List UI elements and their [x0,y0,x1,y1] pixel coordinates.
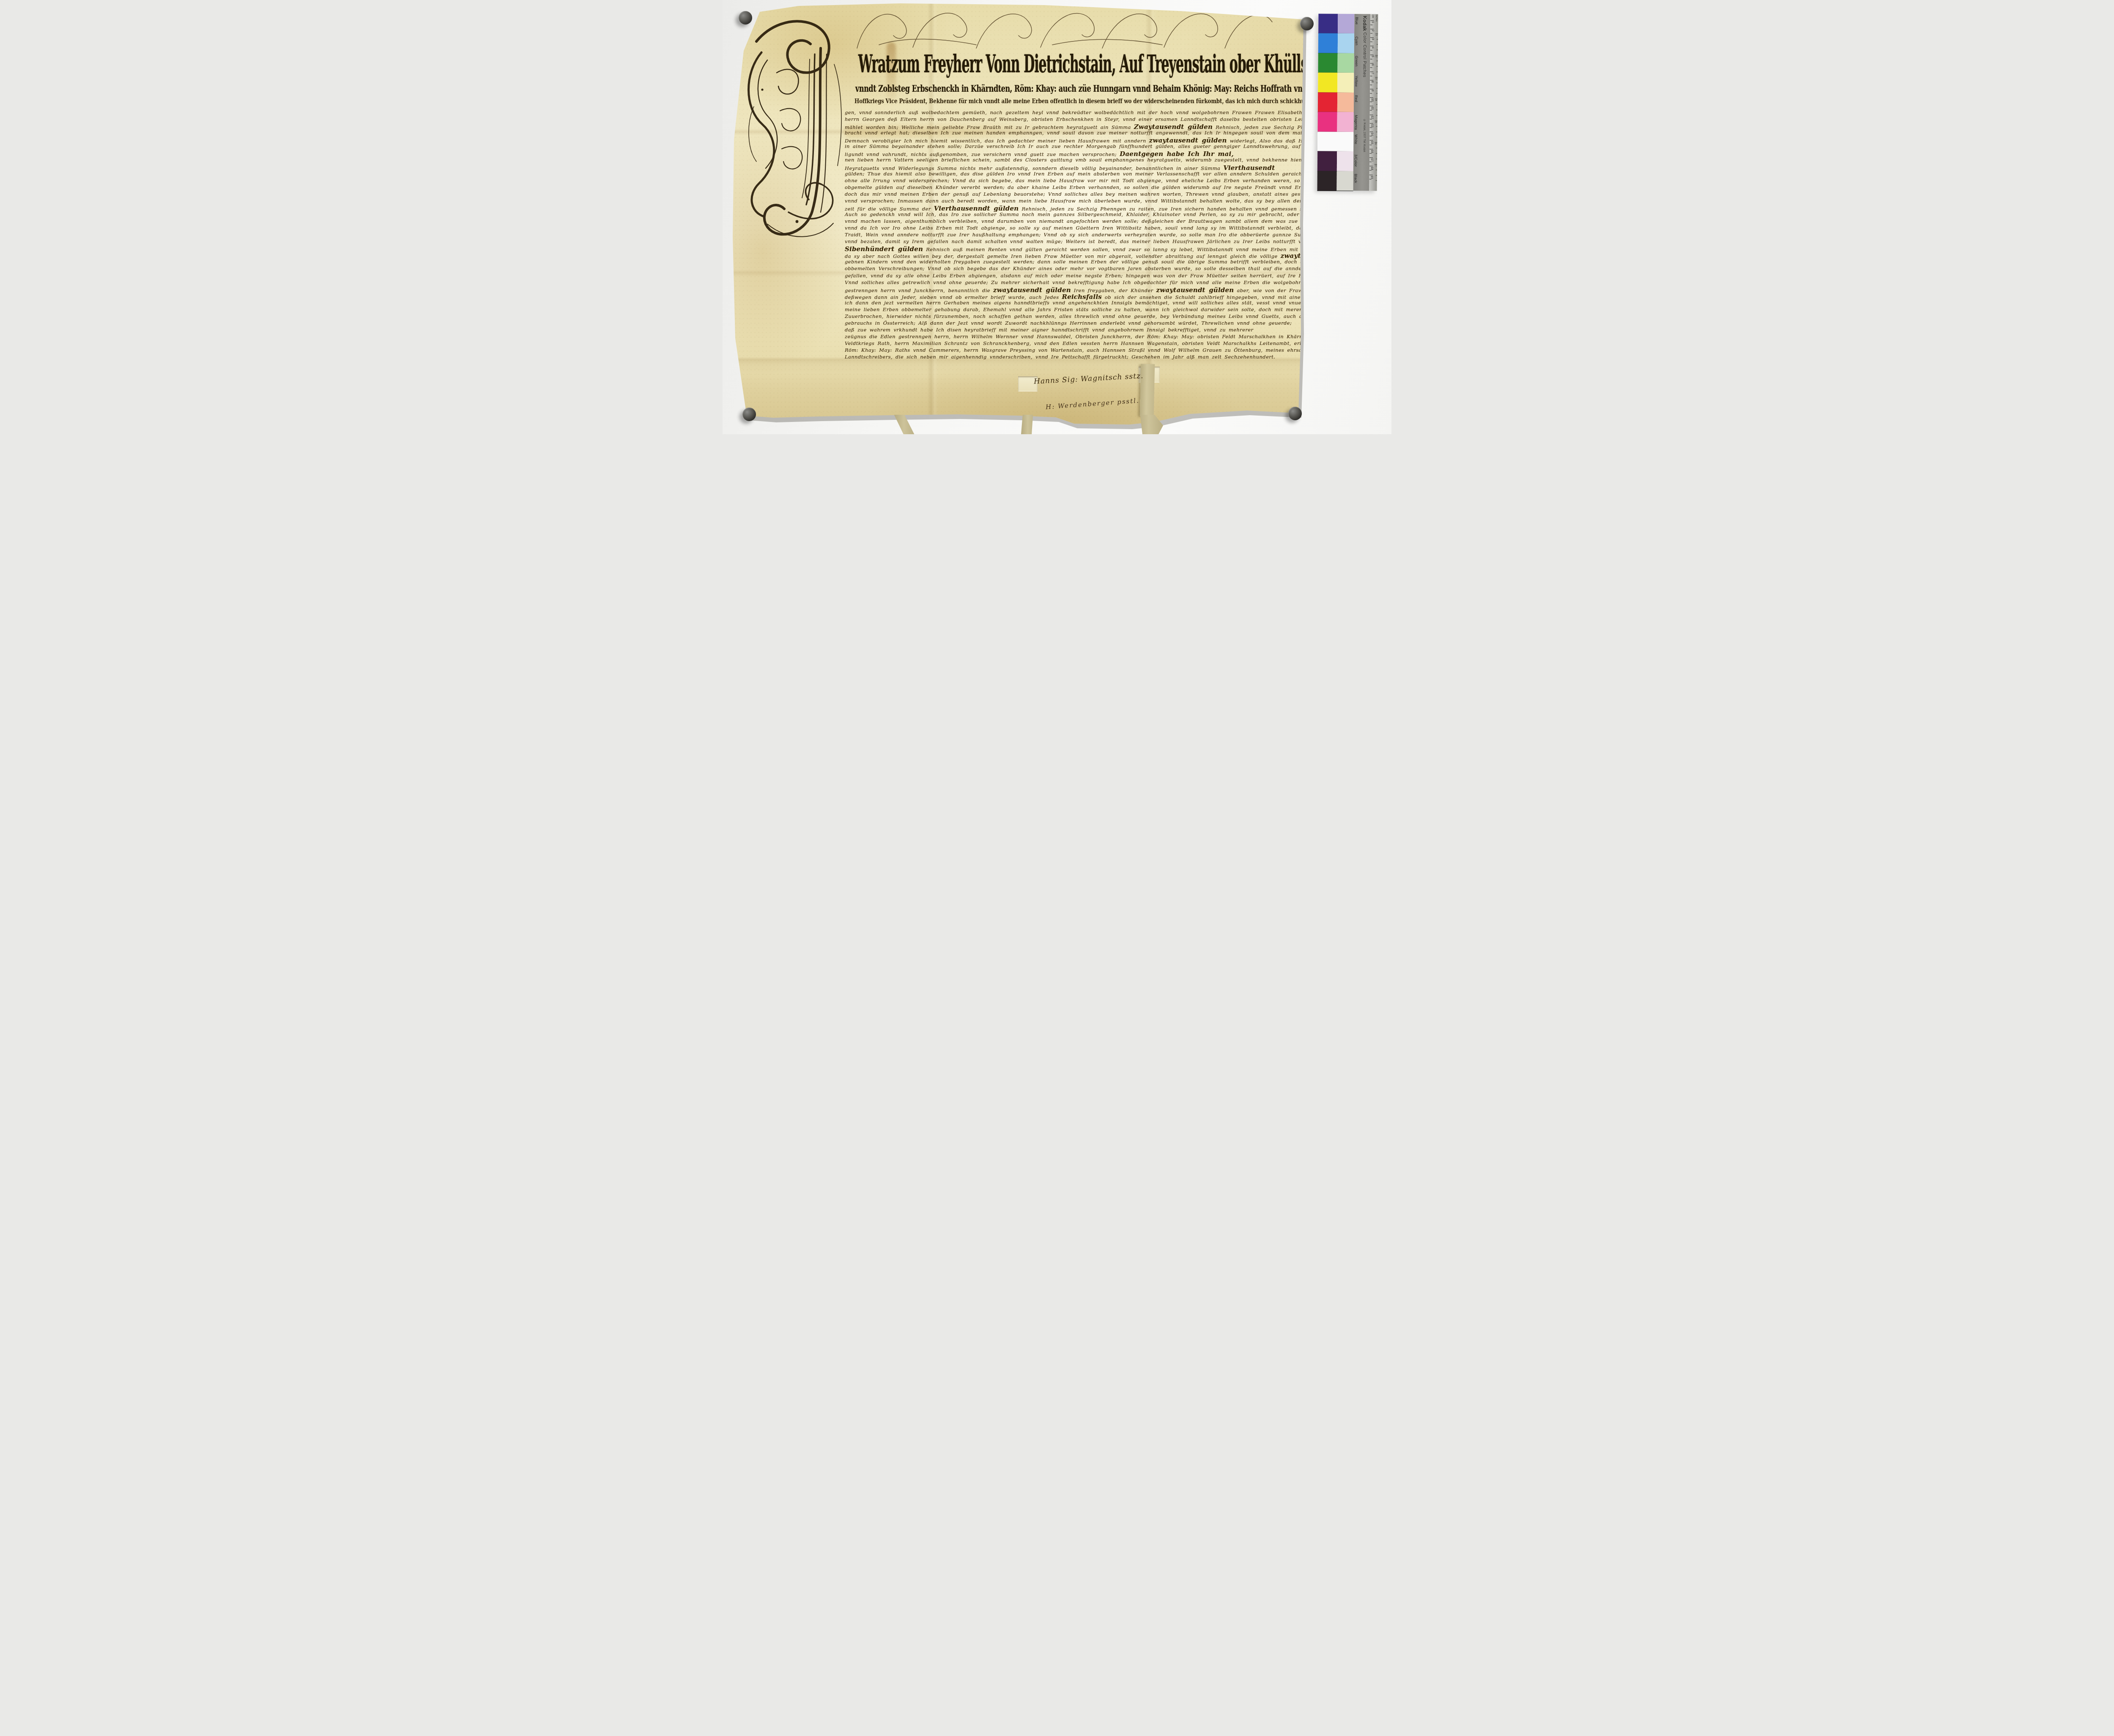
patch-strong [1318,53,1337,73]
body-text-segment: obgemelte gülden auf dieselben Khünder v… [845,184,1336,190]
body-text-segment: obbemelten Verschreibungen; Vnnd ob sich… [845,266,1350,271]
body-line: mählet worden bin; Welliche mein geliebt… [845,123,1237,130]
body-text-segment: aber, wie von der Fraw Müetter gehörig, … [1234,288,1391,293]
body-text-segment: ob sich der ansehen die Schuldt zahlbrie… [1102,294,1363,300]
body-line: nen lieben herrn Vattern seeligen briefl… [845,157,1237,164]
body-line: Demnach verobligier Ich mich hiemit wiss… [845,137,1237,143]
body-text-segment: vnnd versprochen; Inmassen dann auch ber… [845,198,1354,204]
inch-number: 4 [1375,100,1377,101]
charter-heading-line3: Hoffkriegs Vice Präsident, Bekhenne für … [854,98,1277,105]
body-line: Veldtkriegs Rath, herrn Maximilian Schra… [845,340,1237,347]
body-line: vnnd bezalen, damit sy Irem gefallen nac… [845,238,1237,245]
body-line: Röm: Khay: May: Raths vnnd Cammerers, he… [845,347,1237,354]
inch-quarter-tick [1376,82,1377,83]
cm-half-tick [1370,93,1372,93]
body-text-segment: vnnd machen lassen, aigenthumblich verbl… [845,218,1353,224]
body-line: bracht vnnd erlegt hat; dieselben Ich zu… [845,130,1237,137]
cm-half-tick [1369,179,1372,179]
inch-quarter-tick [1376,148,1377,148]
corner-pin-top-left [739,11,752,25]
body-line: meine lieben Erben obbemelter gehabung d… [845,307,1237,313]
patch-row-cyan [1318,33,1354,53]
cm-number: 12 [1371,115,1374,119]
body-line: ohne alle Irrung vnnd widersprechen; Vnn… [845,178,1237,184]
body-text-segment: Demnach verobligier Ich mich hiemit wiss… [845,138,1149,144]
body-text-segment: vnnd da Ich vor Iro ohne Leibs Erben mit… [845,225,1351,231]
body-line: Auch so gedenckh vnnd will Ich, das Iro … [845,211,1237,218]
patch-strong [1317,171,1337,191]
cm-half-tick [1370,25,1372,25]
body-line: Heyratguetts vnnd Widerlegungs Summa nic… [845,164,1237,171]
cm-tick [1370,123,1373,123]
cm-tick [1370,20,1374,21]
body-line: gen, vnnd sonnderlich auß wolbedachtem g… [845,110,1237,116]
body-text-segment: Heyratguetts vnnd Widerlegungs Summa nic… [845,165,1223,171]
cm-number: 2 [1371,30,1374,31]
patch-row-red [1318,92,1354,112]
inch-tick [1375,164,1377,164]
cm-half-tick [1370,110,1372,111]
body-text-segment: ligundt vnnd vahrundt, nichts außgenombe… [845,151,1120,157]
body-text-segment: doch das mir vnnd meinen Erben der genuß… [845,191,1373,197]
body-text-segment: Zuuerbrochen, hierwider nichts fürzunemb… [845,313,1357,319]
cm-half-tick [1370,76,1372,77]
body-text-segment: meine lieben Erben obbemelter gehabung d… [845,307,1331,312]
kodak-copyright-text: © Kodak, 2007 TM: Kodak [1363,119,1366,152]
patch-row-black [1317,171,1353,191]
pen-flourishes [849,3,1276,50]
cm-tick [1369,140,1373,141]
body-text-segment: zeügnus die Edlen gestrenngen herrn, her… [845,334,1334,340]
inch-quarter-tick [1376,115,1377,115]
inch-number: 2 [1375,56,1377,58]
body-line: gülden; Thue das hiemit also bewilligen,… [845,171,1237,178]
patch-strong [1318,92,1337,112]
inch-number: 7 [1374,165,1377,166]
patch-tint [1338,33,1354,54]
cm-number: 7 [1371,73,1374,74]
cm-tick [1370,106,1373,107]
cm-half-tick [1370,67,1372,68]
cm-number: 8 [1371,81,1374,83]
patch-label: Yellow [1354,76,1358,87]
body-line: daß zue wahrem vrkhundt habe Ich disen h… [845,327,1237,334]
cm-half-tick [1369,153,1372,153]
color-patches [1317,14,1355,191]
cm-number: 10 [1371,98,1374,101]
inch-tick [1375,120,1377,121]
cm-number: 13 [1371,124,1374,127]
cm-half-tick [1369,136,1372,137]
inch-number: 5 [1375,121,1377,123]
ornamental-initial-cadel [738,14,849,249]
body-line: Vnnd solliches alles getrewlich vnnd ohn… [845,279,1237,286]
body-text-segment: gebnen Kindern vnnd den widerholten frey… [845,259,1360,265]
body-line: zeügnus die Edlen gestrenngen herrn, her… [845,334,1237,340]
patch-label: Black [1354,174,1358,183]
cm-half-tick [1370,42,1372,42]
cm-half-tick [1370,59,1372,59]
archival-photo-scene: Wratzum Freyherr Vonn Dietrichstain, Auf… [723,0,1391,434]
cm-number: 16 [1370,150,1373,153]
cm-tick [1370,89,1373,89]
patch-row-green [1318,53,1354,73]
body-line: gebrauchs in Össterreich; Alß dann der J… [845,320,1237,327]
inch-number: 1 [1375,34,1377,36]
inch-quarter-tick [1376,137,1377,137]
body-text-segment: Auch so gedenckh vnnd will Ich, das Iro … [845,211,1340,217]
patch-tint [1337,73,1354,93]
body-line: ligundt vnnd vahrundt, nichts außgenombe… [845,150,1237,157]
body-line: Sibenhündert gülden Rehnisch auß meinen … [845,245,1237,252]
patch-tint [1337,112,1354,132]
inch-quarter-tick [1376,159,1377,159]
cm-half-tick [1370,50,1372,51]
cm-number: 3 [1371,38,1374,40]
patch-label: Magenta [1354,115,1358,130]
body-line: doch das mir vnnd meinen Erben der genuß… [845,191,1237,198]
patch-row-3-color [1317,151,1353,171]
body-text-segment: Veldtkriegs Rath, herrn Maximilian Schra… [845,340,1330,346]
inch-quarter-tick [1376,88,1377,88]
body-text-segment: Rehnisch auß meinen Renten vnnd gülten g… [923,246,1391,252]
inch-quarter-tick [1377,61,1378,61]
label-band: Kodak Color Control Patches © Kodak, 200… [1353,14,1371,191]
patch-strong [1318,14,1338,34]
body-line: gebnen Kindern vnnd den widerholten frey… [845,259,1237,266]
patch-label: 3/Color [1354,154,1358,167]
inch-quarter-tick [1376,93,1377,94]
corner-pin-top-right [1300,17,1314,30]
brand-prefix: Kodak [1362,16,1367,31]
inch-quarter-tick [1377,44,1378,45]
inch-quarter-tick [1376,131,1377,132]
kodak-brand-text: Kodak Color Control Patches [1361,16,1367,77]
body-line: in ainer Sümma beyainander stehen solle;… [845,143,1237,150]
cm-half-tick [1370,102,1372,102]
body-line: zeit für die völlige Summa der Vierthaus… [845,205,1237,211]
cm-tick [1370,97,1373,98]
cm-number: 15 [1370,141,1373,145]
patch-row-blue [1318,14,1354,34]
cm-half-tick [1370,33,1372,33]
emphasized-sum-phrase: zwaytausendt gülden [1156,286,1234,294]
cm-tick [1370,29,1374,29]
inch-number: 6 [1374,143,1377,145]
body-text-segment: Röm: Khay: May: Raths vnnd Cammerers, he… [845,347,1316,353]
patch-row-magenta [1318,112,1354,132]
patch-label: Cyan [1355,36,1359,45]
body-text-segment: vnnd bezalen, damit sy Irem gefallen nac… [845,238,1341,244]
patch-strong [1317,151,1337,172]
patch-strong [1318,73,1337,93]
cm-tick [1370,115,1373,115]
brand-rest: Color Control Patches [1362,31,1367,77]
body-line: Zuuerbrochen, hierwider nichts fürzunemb… [845,313,1237,320]
inch-quarter-tick [1377,66,1378,66]
charter-heading-line1: Wratzum Freyherr Vonn Dietrichstain, Auf… [858,51,1290,79]
body-text-segment: Rehnisch, jeden zu Sechzig Phenngen zu r… [1019,206,1387,212]
corner-pin-bottom-right [1288,407,1302,420]
emphasized-sum-phrase: zwaytausendt gülden [993,286,1071,294]
cm-half-tick [1369,145,1372,145]
cm-number: 4 [1371,47,1374,49]
patch-tint [1337,93,1354,113]
body-lines: gen, vnnd sonnderlich auß wolbedachtem g… [845,110,1237,361]
patch-tint [1337,171,1353,191]
cm-half-tick [1370,119,1372,119]
body-text-segment: gestrenngen herrn vnnd Junckherrn, benan… [845,288,993,293]
patch-row-white [1317,131,1353,151]
parchment-charter: Wratzum Freyherr Vonn Dietrichstain, Auf… [723,0,1391,434]
body-text-segment: daß zue wahrem vrkhundt habe Ich disen h… [845,327,1253,333]
cm-half-tick [1370,85,1372,85]
cm-tick [1369,166,1373,167]
cm-number: 1 [1371,21,1374,23]
patch-label: Red [1354,95,1358,102]
cm-unit-label: cm [1371,14,1374,18]
inch-quarter-tick [1376,175,1377,175]
inch-quarter-tick [1376,181,1377,181]
body-text-segment: Vnnd solliches alles getrewlich vnnd ohn… [845,279,1346,285]
cm-number: 11 [1371,107,1374,110]
inch-tick [1375,99,1377,99]
body-line: vnnd versprochen; Inmassen dann auch ber… [845,198,1237,205]
inch-quarter-tick [1377,50,1378,50]
patch-tint [1337,53,1354,74]
body-text-segment: da sy aber nach Gottes willen bey der, d… [845,253,1281,259]
patch-strong [1317,131,1353,152]
inch-quarter-tick [1376,153,1377,153]
inch-quarter-tick [1377,39,1378,39]
body-text-segment: ich dann den jezt vermelten herrn Gerhab… [845,300,1346,306]
body-line: ich dann den jezt vermelten herrn Gerhab… [845,300,1237,307]
inch-quarter-tick [1376,170,1377,170]
inch-number: 3 [1375,78,1377,79]
body-line: vnnd machen lassen, aigenthumblich verbl… [845,218,1237,225]
cm-tick [1370,37,1374,38]
body-text-segment: Iren frey- [1358,253,1388,259]
body-text-segment: gefallen, vnnd da sy alle ohne Leibs Erb… [845,273,1339,279]
body-text-segment: herrn Georgen deß Eltern herrn von Dauch… [845,116,1343,122]
cm-number: 5 [1371,55,1374,57]
patch-strong [1318,112,1337,132]
kodak-color-control-strip: Kodak Color Control Patches © Kodak, 200… [1317,14,1378,191]
body-text-segment: deßwegen dann ain Jeder, sieben vnnd ob … [845,294,1062,300]
body-line: deßwegen dann ain Jeder, sieben vnnd ob … [845,293,1237,300]
charter-heading-line2: vnndt Zoblsteg Erbschenckh in Khärndten,… [855,83,1274,94]
cm-tick [1370,63,1374,63]
inch-tick [1375,142,1377,143]
cm-tick [1369,149,1373,149]
cm-inch-ruler: cm Inches 123456789101112131415161718191… [1369,14,1378,191]
cm-number: 6 [1371,64,1374,66]
cm-tick [1370,55,1374,55]
body-text-segment: mählet worden bin; Welliche mein geliebt… [845,124,1134,130]
cm-number: 19 [1370,175,1373,179]
cm-tick [1370,46,1374,47]
body-line: obbemelten Verschreibungen; Vnnd ob sich… [845,266,1237,272]
inch-tick [1375,77,1377,77]
body-line: gefallen, vnnd da sy alle ohne Leibs Erb… [845,273,1237,279]
cm-number: 14 [1370,133,1373,136]
cm-number: 18 [1370,167,1373,170]
cm-number: 9 [1371,90,1374,91]
patch-label: White [1354,134,1358,144]
inches-unit-label: Inches [1375,14,1377,21]
patch-tint [1338,14,1354,34]
body-text-segment: nen lieben herrn Vattern seeligen briefl… [845,157,1367,163]
body-line: Lanndtschreibers, die sich neben mir aig… [845,354,1237,361]
corner-pin-bottom-left [742,408,756,421]
inch-quarter-tick [1377,71,1378,72]
patch-label: Green [1355,56,1359,67]
inch-quarter-tick [1376,110,1377,110]
body-text-segment: ohne alle Irrung vnnd widersprechen; Vnn… [845,178,1330,183]
body-line: gestrenngen herrn vnnd Junckherrn, benan… [845,286,1237,293]
body-text-segment: Lanndtschreibers, die sich neben mir aig… [845,354,1275,360]
cm-tick [1369,175,1373,175]
cm-half-tick [1370,127,1372,128]
cm-half-tick [1369,162,1372,162]
body-line: vnnd da Ich vor Iro ohne Leibs Erben mit… [845,225,1237,232]
body-line: Traidt, Wein vnnd anndere notturfft zue … [845,232,1237,238]
cm-tick [1370,131,1373,132]
body-line: herrn Georgen deß Eltern herrn von Dauch… [845,116,1237,123]
body-text-segment: gen, vnnd sonnderlich auß wolbedachtem g… [845,110,1391,115]
inch-tick [1375,33,1378,34]
body-text-segment: bracht vnnd erlegt hat; dieselben Ich zu… [845,130,1366,136]
body-text-segment: Iren freygaben, der Khünder [1071,288,1156,293]
inch-quarter-tick [1376,126,1377,126]
cm-tick [1370,80,1373,81]
body-text-segment: in ainer Sümma beyainander stehen solle;… [845,143,1365,149]
body-text-segment: zeit für die völlige Summa der [845,206,934,212]
body-text-segment: Traidt, Wein vnnd anndere notturfft zue … [845,232,1358,238]
patch-row-yellow [1318,73,1354,93]
body-line: obgemelte gülden auf dieselben Khünder v… [845,184,1237,191]
cm-tick [1370,72,1374,72]
body-text-segment: gebrauchs in Össterreich; Alß dann der J… [845,320,1292,326]
patch-label: Blue [1355,17,1359,25]
cm-half-tick [1369,170,1372,171]
cm-number: 17 [1370,158,1373,162]
cm-tick [1369,157,1373,158]
inch-tick [1375,55,1378,56]
patch-tint [1337,151,1353,172]
patch-strong [1318,33,1338,54]
inch-quarter-tick [1376,104,1377,105]
body-line: da sy aber nach Gottes willen bey der, d… [845,252,1237,259]
